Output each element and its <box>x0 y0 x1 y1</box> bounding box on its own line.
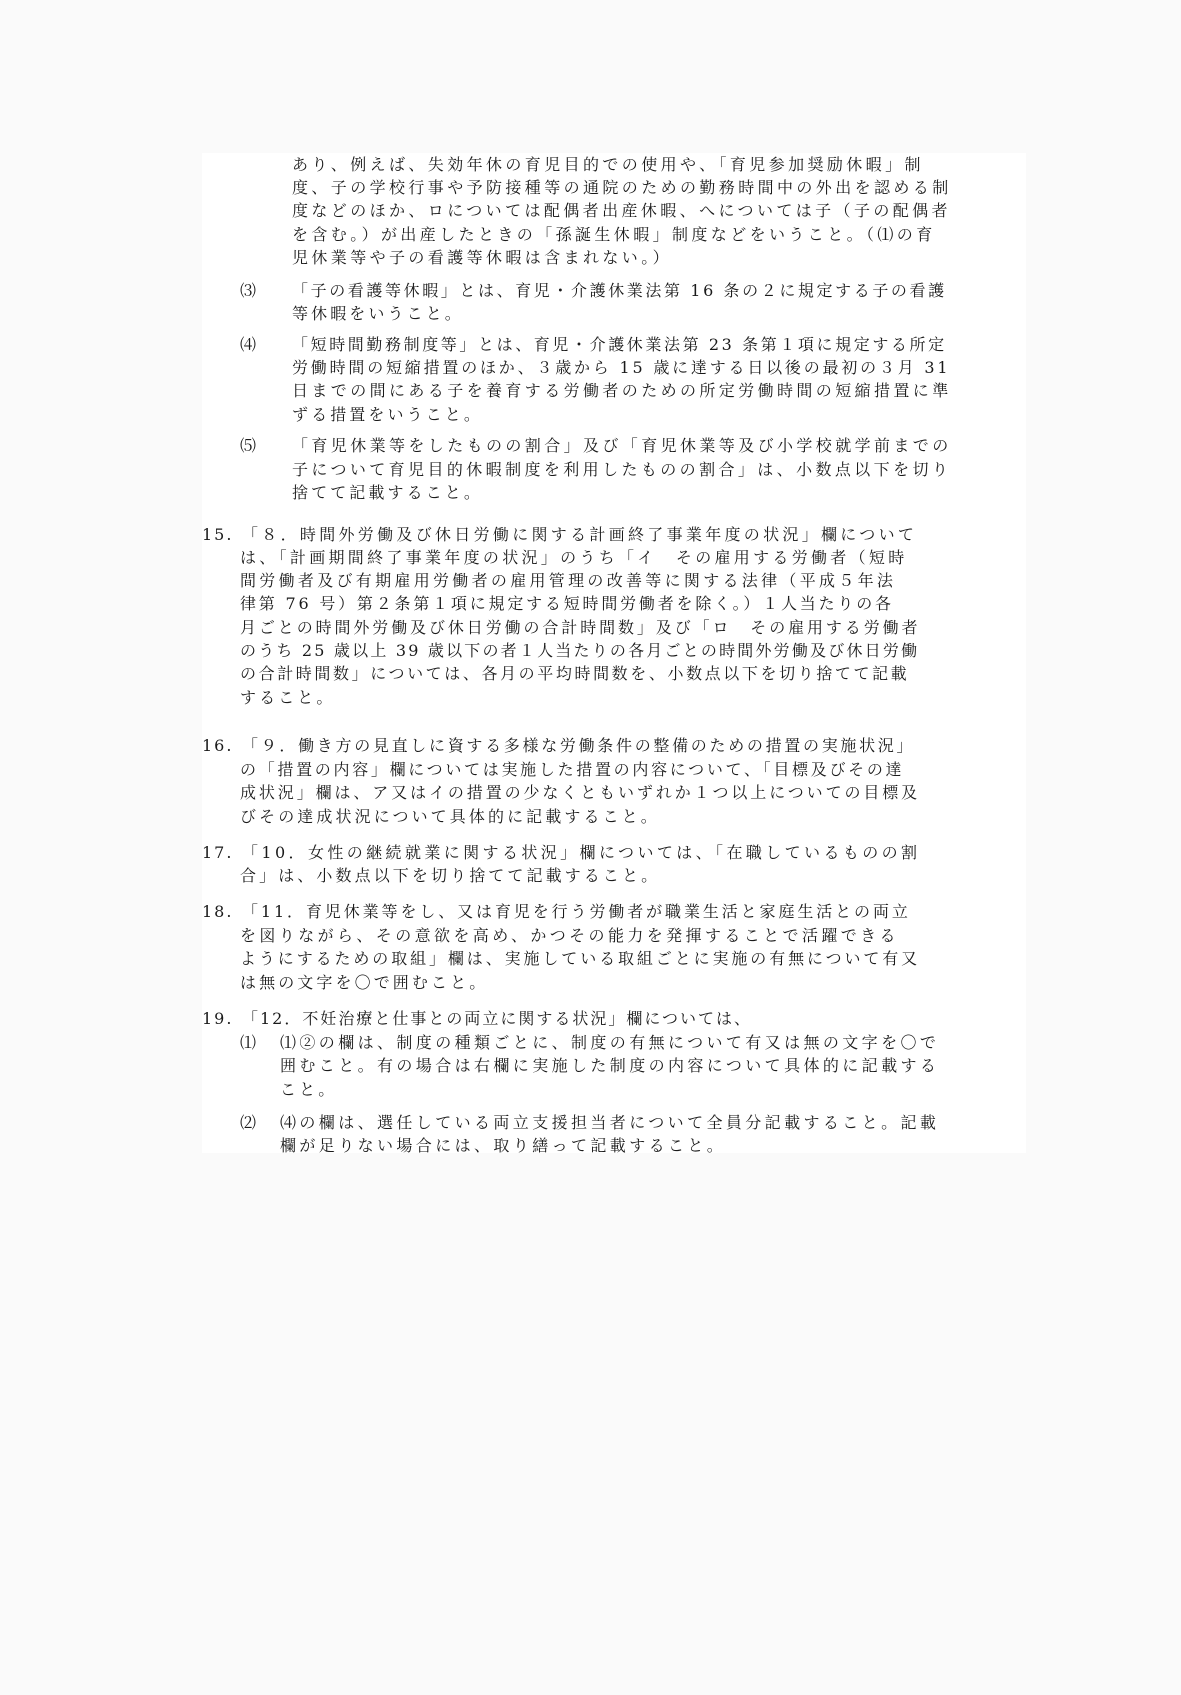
text-line: 子について育児目的休暇制度を利用したものの割合」は、小数点以下を切り <box>292 458 951 481</box>
text-line: 労働時間の短縮措置のほか、３歳から 15 歳に達する日以後の最初の３月 31 <box>292 356 950 379</box>
item-number: 19. <box>202 1007 233 1030</box>
item-number: 18. <box>202 900 233 923</box>
text-line: 間労働者及び有期雇用労働者の雇用管理の改善等に関する法律（平成５年法 <box>240 569 896 592</box>
text-line: すること。 <box>240 686 336 709</box>
text-line: は無の文字を〇で囲むこと。 <box>240 971 488 994</box>
sub-item-marker: ⑸ <box>240 434 258 457</box>
text-line: ずる措置をいうこと。 <box>292 403 483 426</box>
text-line: 「10．女性の継続就業に関する状況」欄については、「在職しているものの割 <box>242 841 920 864</box>
sub-item-marker: ⑷ <box>240 333 258 356</box>
sub-item-marker: ⑴ <box>240 1031 258 1054</box>
item-number: 17. <box>202 841 233 864</box>
text-line: 捨てて記載すること。 <box>292 481 483 504</box>
text-line: 成状況」欄は、ア又はイの措置の少なくともいずれか１つ以上についての目標及 <box>240 781 920 804</box>
text-line: ようにするための取組」欄は、実施している取組ごとに実施の有無について有又 <box>240 947 920 970</box>
text-line: 囲むこと。有の場合は右欄に実施した制度の内容について具体的に記載する <box>280 1054 939 1077</box>
text-line: 「11．育児休業等をし、又は育児を行う労働者が職業生活と家庭生活との両立 <box>242 900 911 923</box>
text-line: 「子の看護等休暇」とは、育児・介護休業法第 16 条の２に規定する子の看護 <box>292 279 947 302</box>
text-line: 児休業等や子の看護等休暇は含まれない。） <box>292 246 672 269</box>
text-line: を図りながら、その意欲を高め、かつその能力を発揮することで活躍できる <box>240 924 899 947</box>
text-line: ⑷の欄は、選任している両立支援担当者について全員分記載すること。記載 <box>280 1111 939 1134</box>
item-number: 16. <box>202 734 233 757</box>
text-line: 合」は、小数点以下を切り捨てて記載すること。 <box>240 864 660 887</box>
text-line: こと。 <box>280 1078 337 1101</box>
text-line: 等休暇をいうこと。 <box>292 302 464 325</box>
text-line: 欄が足りない場合には、取り繕って記載すること。 <box>280 1134 726 1157</box>
text-line: は、「計画期間終了事業年度の状況」のうち「イ その雇用する労働者（短時 <box>240 546 908 569</box>
text-line: 「12．不妊治療と仕事との両立に関する状況」欄については、 <box>242 1007 752 1030</box>
sub-item-marker: ⑶ <box>240 279 258 302</box>
text-line: 「育児休業等をしたものの割合」及び「育児休業等及び小学校就学前までの <box>292 434 952 457</box>
text-line: の「措置の内容」欄については実施した措置の内容について、「目標及びその達 <box>240 758 904 781</box>
text-line: 度などのほか、ロについては配偶者出産休暇、へについては子（子の配偶者 <box>292 199 951 222</box>
text-line: びその達成状況について具体的に記載すること。 <box>240 805 660 828</box>
text-line: 「短時間勤務制度等」とは、育児・介護休業法第 23 条第１項に規定する所定 <box>292 333 947 356</box>
sub-item-marker: ⑵ <box>240 1111 258 1134</box>
text-line: のうち 25 歳以上 39 歳以下の者１人当たりの各月ごとの時間外労働及び休日労… <box>240 639 919 662</box>
text-line: ⑴②の欄は、制度の種類ごとに、制度の有無について有又は無の文字を〇で <box>280 1031 939 1054</box>
text-line: を含む。）が出産したときの「孫誕生休暇」制度などをいうこと。（⑴の育 <box>292 223 936 246</box>
text-line: の合計時間数」については、各月の平均時間数を、小数点以下を切り捨てて記載 <box>240 662 909 685</box>
item-number: 15. <box>202 523 233 546</box>
text-line: 「９．働き方の見直しに資する多様な労働条件の整備のための措置の実施状況」 <box>242 734 915 757</box>
text-line: あり、例えば、失効年休の育児目的での使用や、「育児参加奨励休暇」制 <box>292 153 924 176</box>
text-line: 月ごとの時間外労働及び休日労働の合計時間数」及び「ロ その雇用する労働者 <box>240 616 920 639</box>
text-line: 度、子の学校行事や予防接種等の通院のための勤務時間中の外出を認める制 <box>292 176 952 199</box>
text-line: 日までの間にある子を養育する労働者のための所定労働時間の短縮措置に準 <box>292 379 952 402</box>
text-line: 「８．時間外労働及び休日労働に関する計画終了事業年度の状況」欄について <box>242 523 917 546</box>
text-line: 律第 76 号）第２条第１項に規定する短時間労働者を除く。）１人当たりの各 <box>240 592 894 615</box>
